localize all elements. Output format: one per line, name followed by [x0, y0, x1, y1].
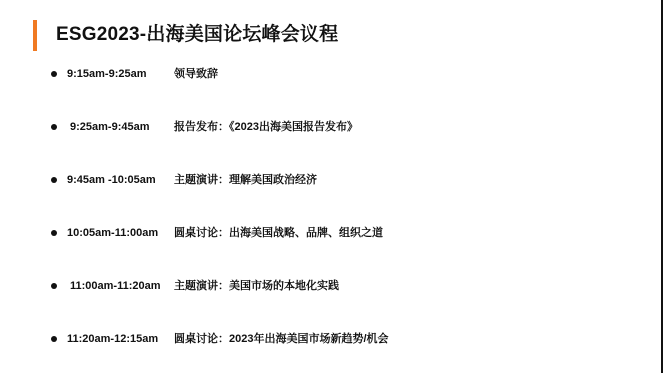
agenda-item: 9:45am -10:05am 主题演讲：理解美国政治经济 [0, 171, 640, 191]
agenda-item: 10:05am-11:00am 圆桌讨论：出海美国战略、品牌、组织之道 [0, 224, 640, 244]
agenda-description: 报告发布：《2023出海美国报告发布》 [174, 118, 358, 136]
agenda-description: 领导致辞 [174, 65, 218, 83]
agenda-item: 9:15am-9:25am 领导致辞 [0, 65, 640, 85]
slide: ESG2023-出海美国论坛峰会议程 9:15am-9:25am 领导致辞 9:… [0, 0, 663, 373]
bullet-icon [51, 124, 57, 130]
bullet-icon [51, 177, 57, 183]
agenda-description: 主题演讲：理解美国政治经济 [174, 171, 317, 189]
agenda-list: 9:15am-9:25am 领导致辞 9:25am-9:45am 报告发布：《2… [0, 0, 661, 373]
agenda-time: 10:05am-11:00am [67, 224, 158, 242]
agenda-time: 11:20am-12:15am [67, 330, 158, 348]
bullet-icon [51, 71, 57, 77]
agenda-item: 11:20am-12:15am 圆桌讨论：2023年出海美国市场新趋势/机会 [0, 330, 640, 350]
agenda-description: 圆桌讨论：出海美国战略、品牌、组织之道 [174, 224, 383, 242]
agenda-item: 9:25am-9:45am 报告发布：《2023出海美国报告发布》 [0, 118, 640, 138]
bullet-icon [51, 283, 57, 289]
bullet-icon [51, 336, 57, 342]
agenda-time: 9:25am-9:45am [70, 118, 150, 136]
agenda-time: 9:15am-9:25am [67, 65, 147, 83]
agenda-description: 圆桌讨论：2023年出海美国市场新趋势/机会 [174, 330, 389, 348]
agenda-description: 主题演讲：美国市场的本地化实践 [174, 277, 339, 295]
agenda-time: 9:45am -10:05am [67, 171, 156, 189]
bullet-icon [51, 230, 57, 236]
agenda-item: 11:00am-11:20am 主题演讲：美国市场的本地化实践 [0, 277, 640, 297]
agenda-time: 11:00am-11:20am [70, 277, 161, 295]
